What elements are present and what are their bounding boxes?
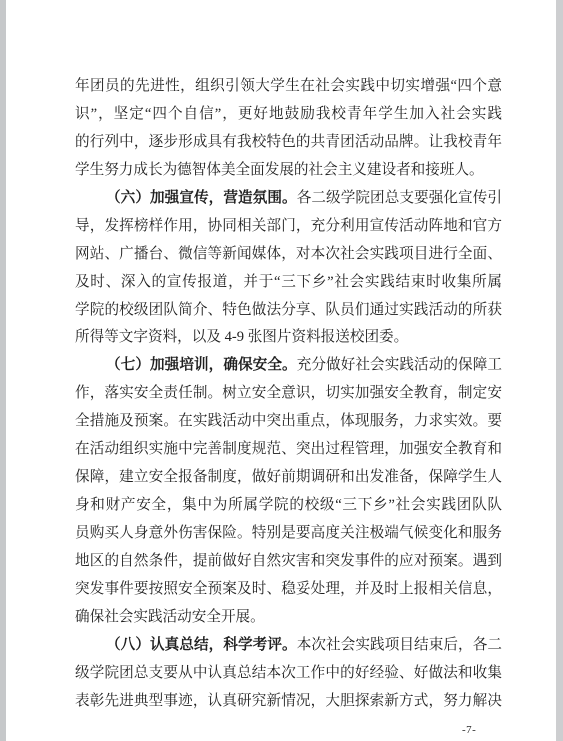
text-line: 及时、深入的宣传报道，并于“三下乡”社会实践结束时收集所属: [75, 269, 502, 297]
text-line: 确保社会实践活动安全开展。: [75, 604, 502, 632]
line-text: 本次社会实践项目结束后，各二: [297, 637, 502, 653]
section-heading: （八）认真总结，科学考评。: [106, 637, 297, 653]
line-text: 导，发挥榜样作用，协同相关部门，充分利用宣传活动阵地和官方: [75, 218, 502, 234]
text-line: 识”，坚定“四个自信”，更好地鼓励我校青年学生加入社会实践: [75, 101, 502, 129]
line-text: 级学院团总支要从中认真总结本次工作中的好经验、好做法和收集: [75, 665, 502, 681]
text-line: 网站、广播台、微信等新闻媒体，对本次社会实践项目进行全面、: [75, 241, 502, 269]
text-line: （六）加强宣传，营造氛围。各二级学院团总支要强化宣传引: [75, 185, 502, 213]
text-line: 所得等文字资料，以及 4-9 张图片资料报送校团委。: [75, 324, 502, 352]
line-text: 学院的校级团队简介、特色做法分享、队员们通过实践活动的所获: [75, 302, 502, 318]
line-text: 所得等文字资料，以及 4-9 张图片资料报送校团委。: [75, 329, 408, 345]
text-line: 突发事件要按照安全预案及时、稳妥处理，并及时上报相关信息，: [75, 576, 502, 604]
document-body-text: 年团员的先进性，组织引领大学生在社会实践中切实增强“四个意识”，坚定“四个自信”…: [75, 73, 502, 716]
text-line: （七）加强培训，确保安全。充分做好社会实践活动的保障工: [75, 352, 502, 380]
line-text: 作，落实安全责任制。树立安全意识，切实加强安全教育，制定安: [75, 385, 502, 401]
page-right-edge: [556, 0, 563, 741]
page-number: -7-: [462, 723, 476, 737]
text-line: 员购买人身意外伤害保险。特别是要高度关注极端气候变化和服务: [75, 520, 502, 548]
line-text: 全措施及预案。在实践活动中突出重点，体现服务，力求实效。要: [75, 413, 502, 429]
line-text: 表彰先进典型事迹，认真研究新情况，大胆探索新方式，努力解决: [75, 693, 502, 709]
line-text: 保障，建立安全报备制度，做好前期调研和出发准备，保障学生人: [75, 469, 502, 485]
line-text: 识”，坚定“四个自信”，更好地鼓励我校青年学生加入社会实践: [75, 106, 502, 122]
text-line: 表彰先进典型事迹，认真研究新情况，大胆探索新方式，努力解决: [75, 688, 502, 716]
text-line: 导，发挥榜样作用，协同相关部门，充分利用宣传活动阵地和官方: [75, 213, 502, 241]
page-left-edge: [0, 0, 6, 741]
text-line: 学生努力成长为德智体美全面发展的社会主义建设者和接班人。: [75, 157, 502, 185]
text-line: 地区的自然条件，提前做好自然灾害和突发事件的应对预案。遇到: [75, 548, 502, 576]
line-text: 各二级学院团总支要强化宣传引: [297, 190, 502, 206]
text-line: 全措施及预案。在实践活动中突出重点，体现服务，力求实效。要: [75, 408, 502, 436]
line-text: 的行列中，逐步形成具有我校特色的共青团活动品牌。让我校青年: [75, 134, 502, 150]
text-line: 在活动组织实施中完善制度规范、突出过程管理，加强安全教育和: [75, 436, 502, 464]
line-text: 及时、深入的宣传报道，并于“三下乡”社会实践结束时收集所属: [75, 274, 502, 290]
text-line: 身和财产安全，集中为所属学院的校级“三下乡”社会实践团队队: [75, 492, 502, 520]
line-text: 网站、广播台、微信等新闻媒体，对本次社会实践项目进行全面、: [75, 246, 502, 262]
line-text: 年团员的先进性，组织引领大学生在社会实践中切实增强“四个意: [75, 78, 502, 94]
text-line: 级学院团总支要从中认真总结本次工作中的好经验、好做法和收集: [75, 660, 502, 688]
section-heading: （七）加强培训，确保安全。: [106, 357, 297, 373]
line-text: 确保社会实践活动安全开展。: [75, 609, 265, 625]
line-text: 充分做好社会实践活动的保障工: [297, 357, 502, 373]
text-line: 的行列中，逐步形成具有我校特色的共青团活动品牌。让我校青年: [75, 129, 502, 157]
section-heading: （六）加强宣传，营造氛围。: [106, 190, 297, 206]
line-text: 在活动组织实施中完善制度规范、突出过程管理，加强安全教育和: [75, 441, 502, 457]
line-text: 身和财产安全，集中为所属学院的校级“三下乡”社会实践团队队: [75, 497, 502, 513]
text-line: （八）认真总结，科学考评。本次社会实践项目结束后，各二: [75, 632, 502, 660]
line-text: 地区的自然条件，提前做好自然灾害和突发事件的应对预案。遇到: [75, 553, 502, 569]
text-line: 年团员的先进性，组织引领大学生在社会实践中切实增强“四个意: [75, 73, 502, 101]
text-line: 保障，建立安全报备制度，做好前期调研和出发准备，保障学生人: [75, 464, 502, 492]
line-text: 学生努力成长为德智体美全面发展的社会主义建设者和接班人。: [75, 162, 484, 178]
text-line: 作，落实安全责任制。树立安全意识，切实加强安全教育，制定安: [75, 380, 502, 408]
line-text: 员购买人身意外伤害保险。特别是要高度关注极端气候变化和服务: [75, 525, 502, 541]
line-text: 突发事件要按照安全预案及时、稳妥处理，并及时上报相关信息，: [75, 581, 502, 597]
text-line: 学院的校级团队简介、特色做法分享、队员们通过实践活动的所获: [75, 297, 502, 325]
